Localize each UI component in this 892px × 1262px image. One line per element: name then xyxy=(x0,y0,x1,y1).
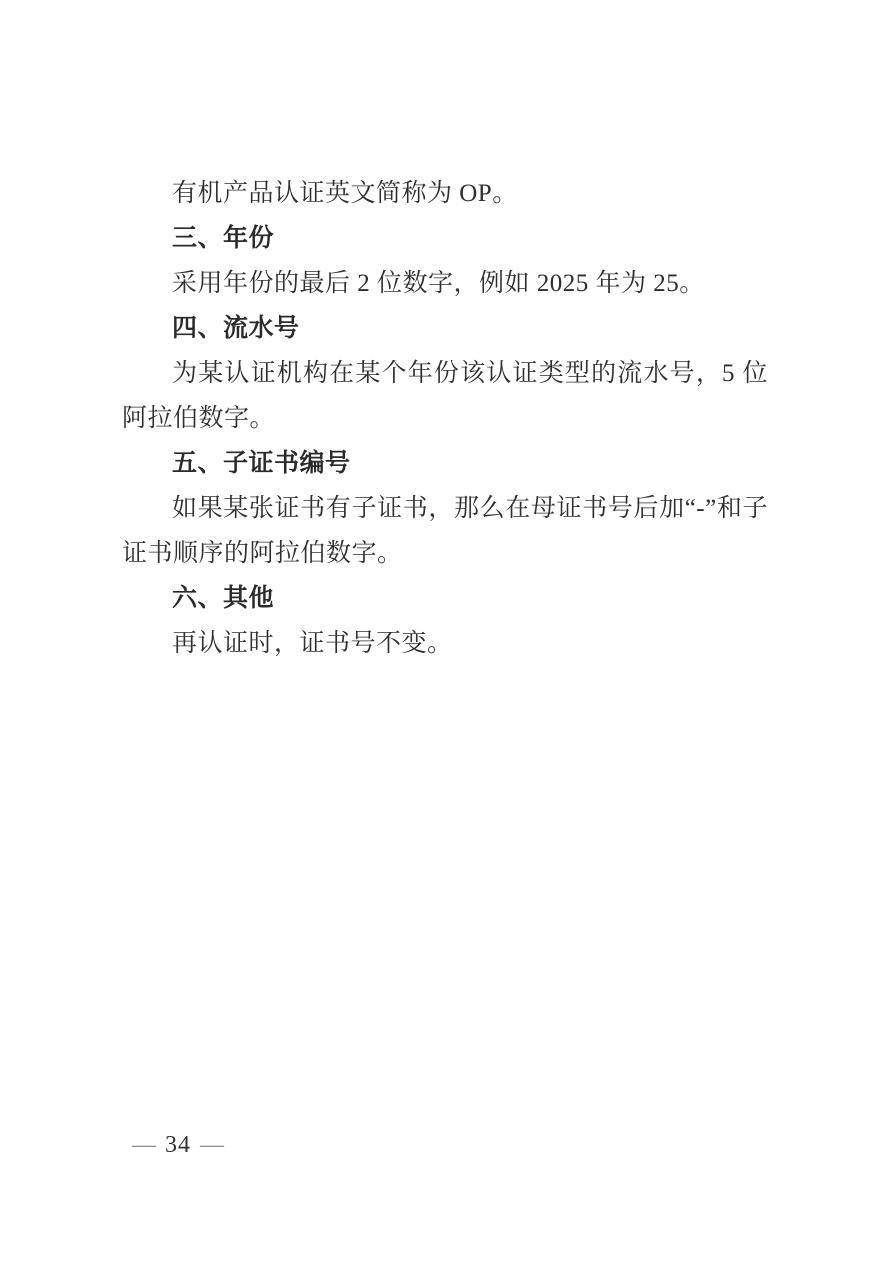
section-heading-other: 六、其他 xyxy=(122,576,768,621)
section-heading-year: 三、年份 xyxy=(122,216,768,261)
paragraph-recertification: 再认证时，证书号不变。 xyxy=(122,621,768,666)
footer-dash-left: — xyxy=(132,1130,156,1160)
page-footer: — 34 — xyxy=(132,1130,224,1160)
paragraph-serial-number: 为某认证机构在某个年份该认证类型的流水号，5 位阿拉伯数字。 xyxy=(122,351,768,441)
paragraph-op-abbreviation: 有机产品认证英文简称为 OP。 xyxy=(122,171,768,216)
footer-dash-right: — xyxy=(200,1130,224,1160)
paragraph-year-digits: 采用年份的最后 2 位数字，例如 2025 年为 25。 xyxy=(122,261,768,306)
document-body: 有机产品认证英文简称为 OP。 三、年份 采用年份的最后 2 位数字，例如 20… xyxy=(122,171,768,666)
document-page: 有机产品认证英文简称为 OP。 三、年份 采用年份的最后 2 位数字，例如 20… xyxy=(0,0,892,1262)
paragraph-sub-certificate: 如果某张证书有子证书，那么在母证书号后加“-”和子证书顺序的阿拉伯数字。 xyxy=(122,486,768,576)
page-number: 34 xyxy=(165,1130,191,1160)
section-heading-serial-number: 四、流水号 xyxy=(122,306,768,351)
section-heading-sub-certificate: 五、子证书编号 xyxy=(122,441,768,486)
